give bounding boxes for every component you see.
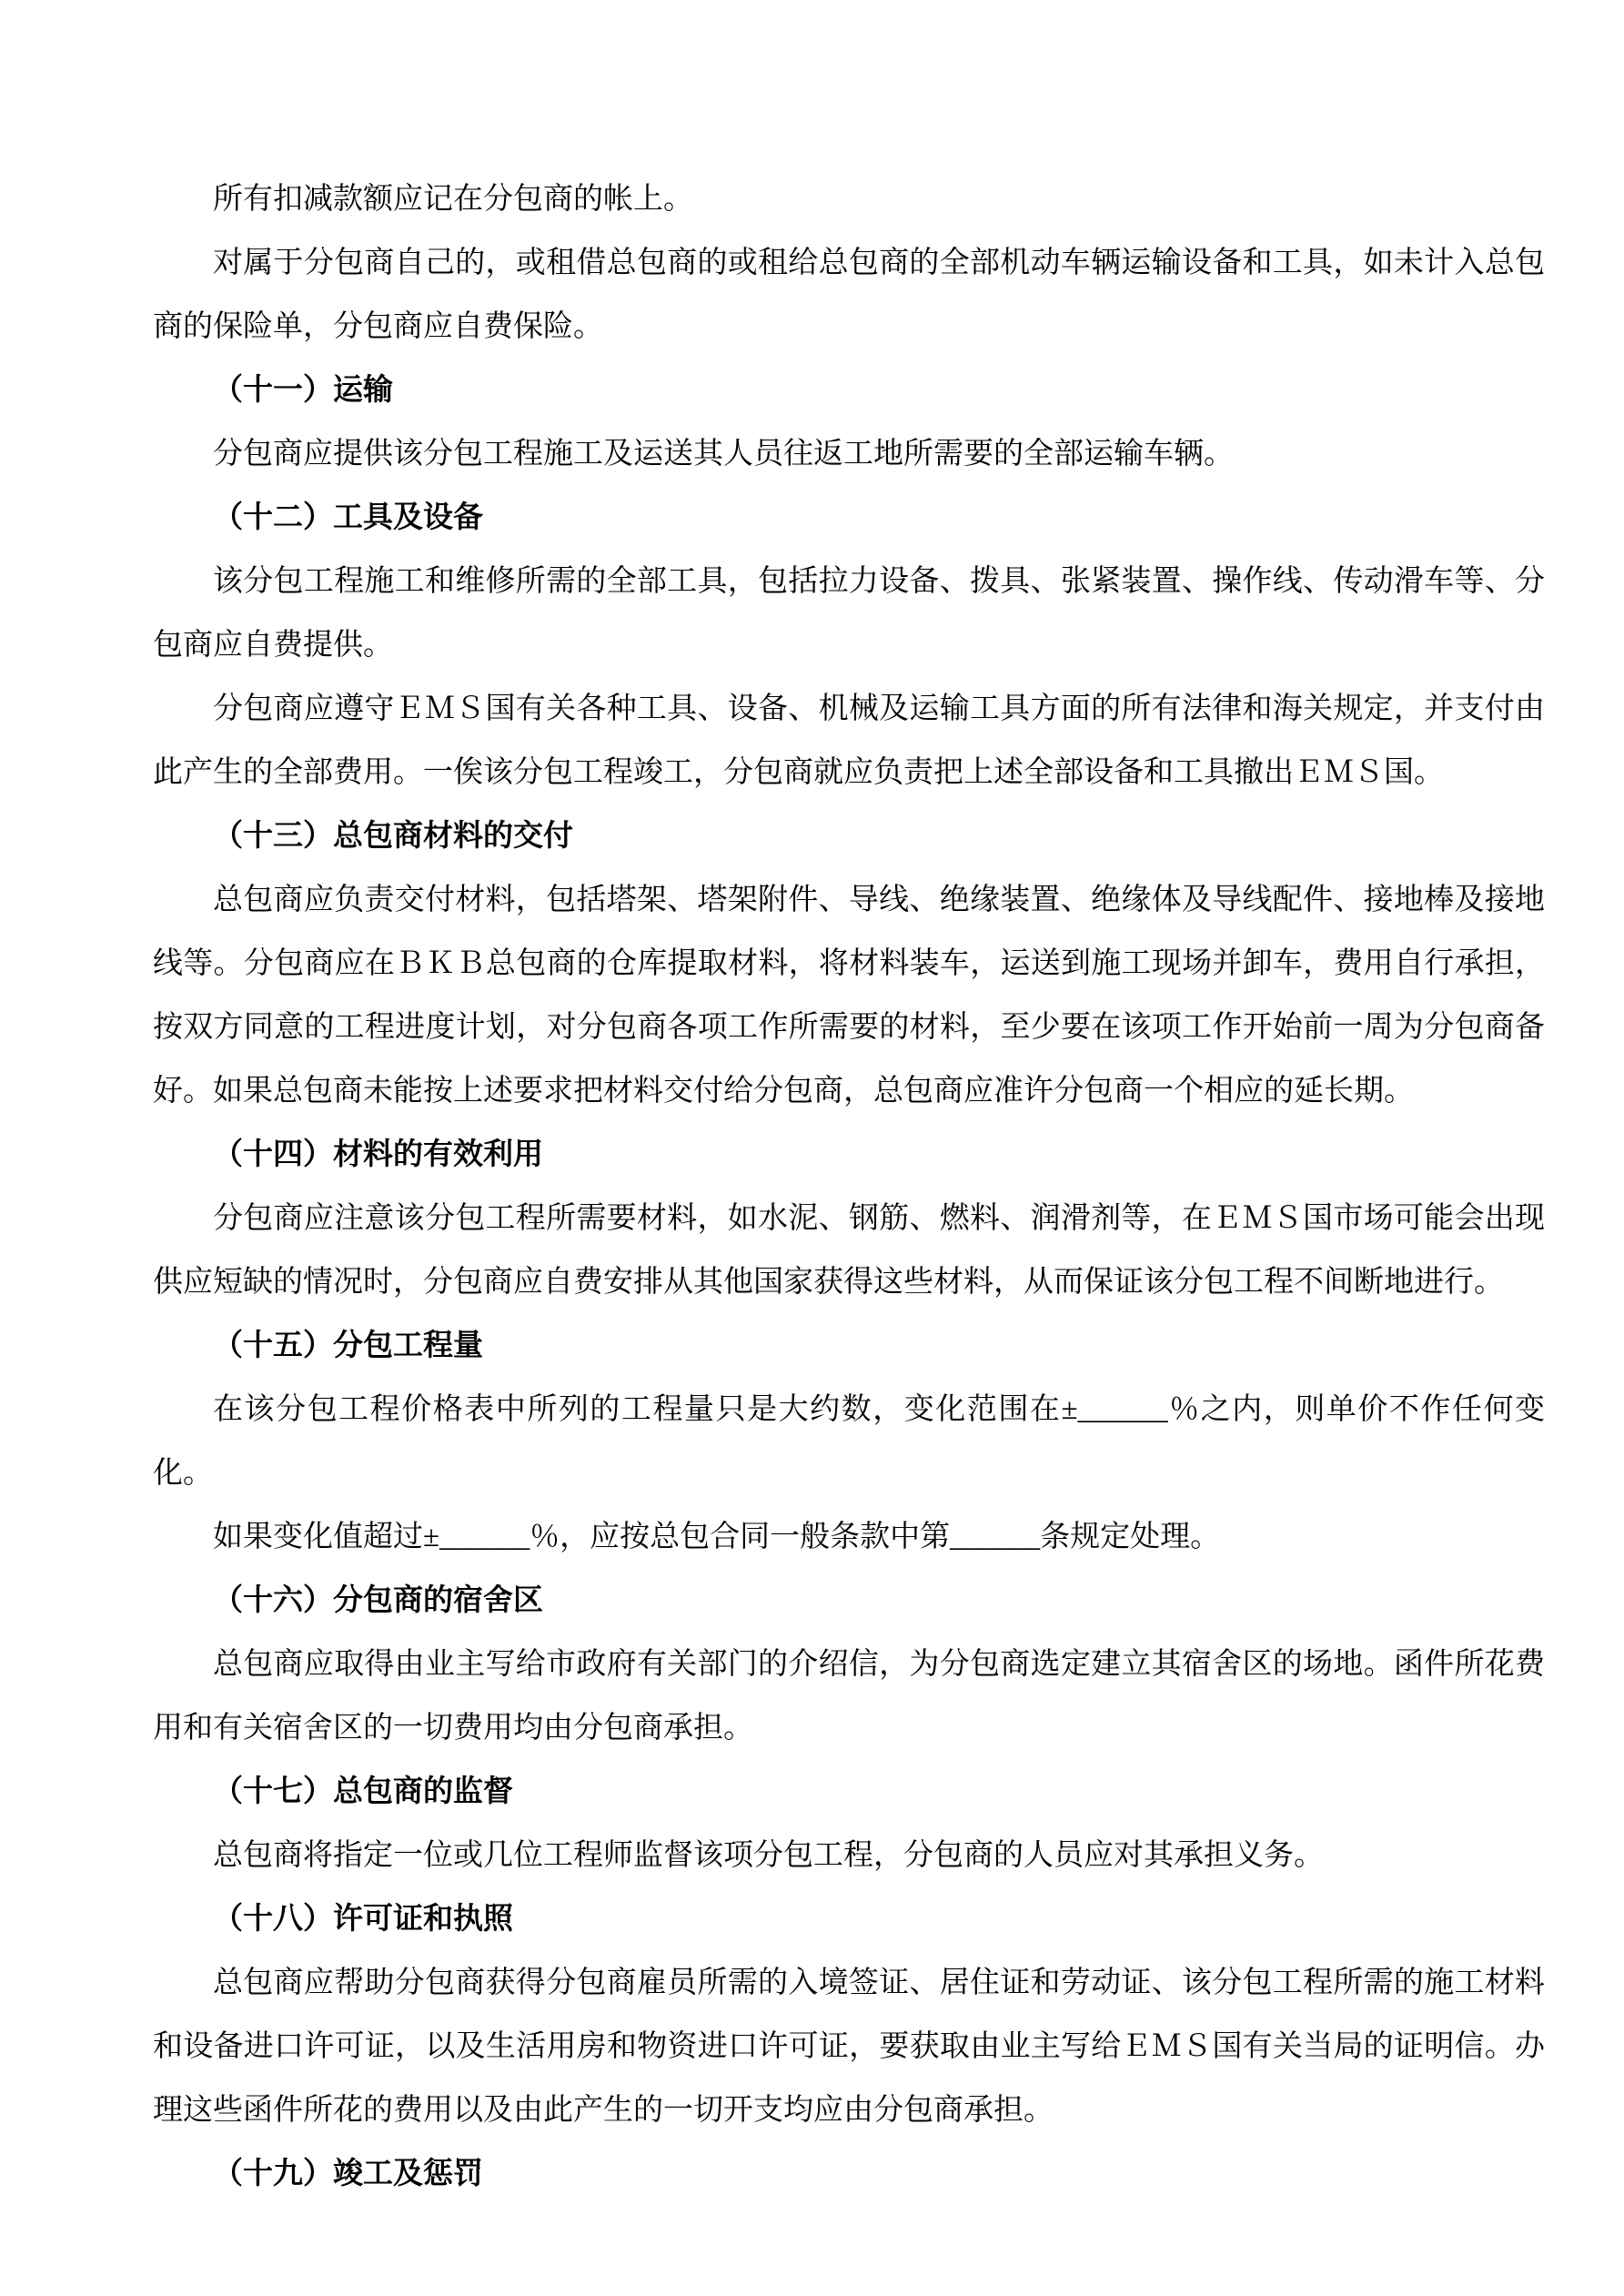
paragraph: 如果变化值超过±______％，应按总包合同一般条款中第______条规定处理。 <box>153 1505 1545 1569</box>
paragraph: 分包商应提供该分包工程施工及运送其人员往返工地所需要的全部运输车辆。 <box>153 422 1545 486</box>
section-heading: （十六）分包商的宿舍区 <box>153 1569 1545 1633</box>
paragraph: 对属于分包商自己的，或租借总包商的或租给总包商的全部机动车辆运输设备和工具，如未… <box>153 231 1545 359</box>
paragraph: 该分包工程施工和维修所需的全部工具，包括拉力设备、拨具、张紧装置、操作线、传动滑… <box>153 550 1545 677</box>
paragraph: 所有扣减款额应记在分包商的帐上。 <box>153 167 1545 231</box>
paragraph: 总包商应负责交付材料，包括塔架、塔架附件、导线、绝缘装置、绝缘体及导线配件、接地… <box>153 868 1545 1123</box>
section-heading: （十五）分包工程量 <box>153 1314 1545 1378</box>
section-heading: （十九）竣工及惩罚 <box>153 2142 1545 2206</box>
paragraph: 总包商将指定一位或几位工程师监督该项分包工程，分包商的人员应对其承担义务。 <box>153 1824 1545 1887</box>
section-heading: （十八）许可证和执照 <box>153 1887 1545 1951</box>
paragraph: 分包商应注意该分包工程所需要材料，如水泥、钢筋、燃料、润滑剂等，在ＥＭＳ国市场可… <box>153 1187 1545 1314</box>
document-content: 所有扣减款额应记在分包商的帐上。对属于分包商自己的，或租借总包商的或租给总包商的… <box>153 167 1545 2206</box>
section-heading: （十七）总包商的监督 <box>153 1760 1545 1824</box>
paragraph: 总包商应取得由业主写给市政府有关部门的介绍信，为分包商选定建立其宿舍区的场地。函… <box>153 1633 1545 1760</box>
paragraph: 在该分包工程价格表中所列的工程量只是大约数，变化范围在±______％之内，则单… <box>153 1378 1545 1505</box>
paragraph: 分包商应遵守ＥＭＳ国有关各种工具、设备、机械及运输工具方面的所有法律和海关规定，… <box>153 677 1545 804</box>
section-heading: （十一）运输 <box>153 359 1545 422</box>
section-heading: （十二）工具及设备 <box>153 486 1545 550</box>
paragraph: 总包商应帮助分包商获得分包商雇员所需的入境签证、居住证和劳动证、该分包工程所需的… <box>153 1951 1545 2142</box>
document-page: 所有扣减款额应记在分包商的帐上。对属于分包商自己的，或租借总包商的或租给总包商的… <box>0 0 1624 2296</box>
section-heading: （十四）材料的有效利用 <box>153 1123 1545 1187</box>
section-heading: （十三）总包商材料的交付 <box>153 804 1545 868</box>
